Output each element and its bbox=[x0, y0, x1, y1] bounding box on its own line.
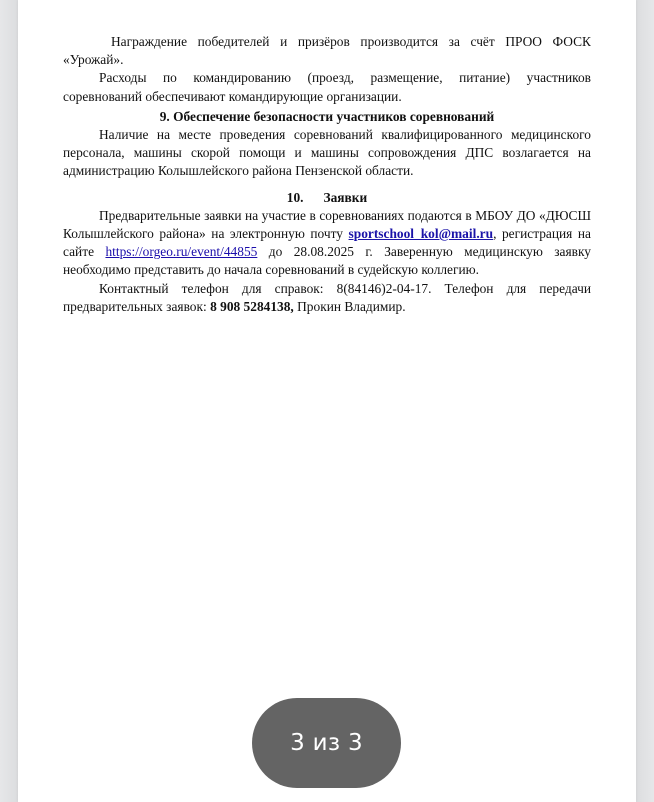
awards-paragraph: Награждение победителей и призёров произ… bbox=[63, 33, 591, 69]
section-10-title: Заявки bbox=[324, 190, 368, 205]
contacts-text-2: Прокин Владимир. bbox=[294, 299, 406, 314]
section-9-text: Наличие на месте проведения соревнований… bbox=[63, 126, 591, 181]
document-page: Награждение победителей и призёров произ… bbox=[18, 0, 636, 802]
registration-link[interactable]: https://orgeo.ru/event/44855 bbox=[105, 244, 257, 259]
contacts-paragraph: Контактный телефон для справок: 8(84146)… bbox=[63, 280, 591, 316]
section-9-heading: 9. Обеспечение безопасности участников с… bbox=[63, 108, 591, 126]
page-indicator: 3 из 3 bbox=[252, 698, 401, 788]
email-link[interactable]: sportschool_kol@mail.ru bbox=[349, 226, 494, 241]
expenses-paragraph: Расходы по командированию (проезд, разме… bbox=[63, 69, 591, 105]
page-content: Награждение победителей и призёров произ… bbox=[63, 33, 591, 316]
applications-paragraph: Предварительные заявки на участие в соре… bbox=[63, 207, 591, 280]
section-10-number: 10. bbox=[287, 190, 304, 205]
section-10-heading: 10.Заявки bbox=[63, 189, 591, 207]
pdf-viewer: Награждение победителей и призёров произ… bbox=[0, 0, 654, 802]
contact-phone: 8 908 5284138, bbox=[210, 299, 294, 314]
